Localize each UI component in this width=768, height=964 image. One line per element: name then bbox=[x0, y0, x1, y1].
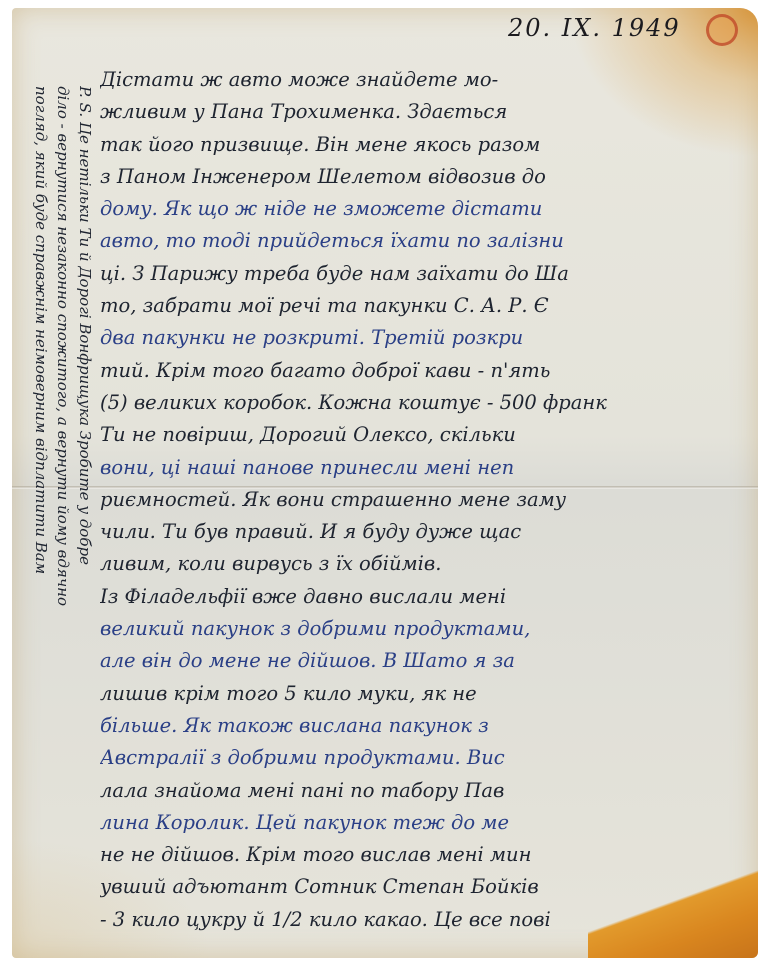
letter-line: так його призвище. Він мене якось разом bbox=[100, 129, 748, 161]
letter-line: лишив крім того 5 кило муки, як не bbox=[100, 678, 748, 710]
letter-line: жливим у Пана Трохименка. Здається bbox=[100, 96, 748, 128]
letter-line: не не дійшов. Крім того вислав мені мин bbox=[100, 839, 748, 871]
letter-line: ці. З Парижу треба буде нам заїхати до Ш… bbox=[100, 258, 748, 290]
postscript-line: погляд, який буде справжнім неімоверним … bbox=[30, 86, 52, 946]
letter-line: риємностей. Як вони страшенно мене заму bbox=[100, 484, 748, 516]
letter-line: лина Королик. Цей пакунок теж до ме bbox=[100, 807, 748, 839]
letter-line: Дістати ж авто може знайдете мо- bbox=[100, 64, 748, 96]
postscript-line: P. S. Це нетільки Ти й Дорогі Вонфрищука… bbox=[74, 86, 96, 946]
letter-line: увший адъютант Сотник Степан Бойків bbox=[100, 871, 748, 903]
letter-body: Дістати ж авто може знайдете мо-жливим у… bbox=[100, 64, 748, 936]
rust-ring-stain bbox=[706, 14, 738, 46]
letter-line: то, забрати мої речі та пакунки С. А. Р.… bbox=[100, 290, 748, 322]
letter-line: Ти не повіриш, Дорогий Олексо, скільки bbox=[100, 419, 748, 451]
letter-line: тий. Крім того багато доброї кави - п'ят… bbox=[100, 355, 748, 387]
letter-date: 20. IX. 1949 bbox=[508, 14, 681, 42]
letter-line: лала знайома мені пані по табору Пав bbox=[100, 775, 748, 807]
letter-line: ливим, коли вирвусь з їх обіймів. bbox=[100, 548, 748, 580]
letter-line: але він до мене не дійшов. В Шато я за bbox=[100, 645, 748, 677]
letter-line: Австралії з добрими продуктами. Вис bbox=[100, 742, 748, 774]
letter-line: два пакунки не розкриті. Третій розкри bbox=[100, 322, 748, 354]
letter-line: вони, ці наші панове принесли мені неп bbox=[100, 452, 748, 484]
letter-line: (5) великих коробок. Кожна коштує - 500 … bbox=[100, 387, 748, 419]
postscript-line: діло - вернутися незаконно спожитого, а … bbox=[52, 86, 74, 946]
letter-line: - 3 кило цукру й 1/2 кило какао. Це все … bbox=[100, 904, 748, 936]
letter-line: великий пакунок з добрими продуктами, bbox=[100, 613, 748, 645]
letter-line: дому. Як що ж ніде не зможете дістати bbox=[100, 193, 748, 225]
letter-line: чили. Ти був правий. И я буду дуже щас bbox=[100, 516, 748, 548]
letter-line: з Паном Інженером Шелетом відвозив до bbox=[100, 161, 748, 193]
postscript-margin-note: P. S. Це нетільки Ти й Дорогі Вонфрищука… bbox=[18, 86, 96, 946]
letter-line: більше. Як також вислана пакунок з bbox=[100, 710, 748, 742]
letter-line: Із Філадельфії вже давно вислали мені bbox=[100, 581, 748, 613]
letter-line: авто, то тоді прийдеться їхати по залізн… bbox=[100, 225, 748, 257]
